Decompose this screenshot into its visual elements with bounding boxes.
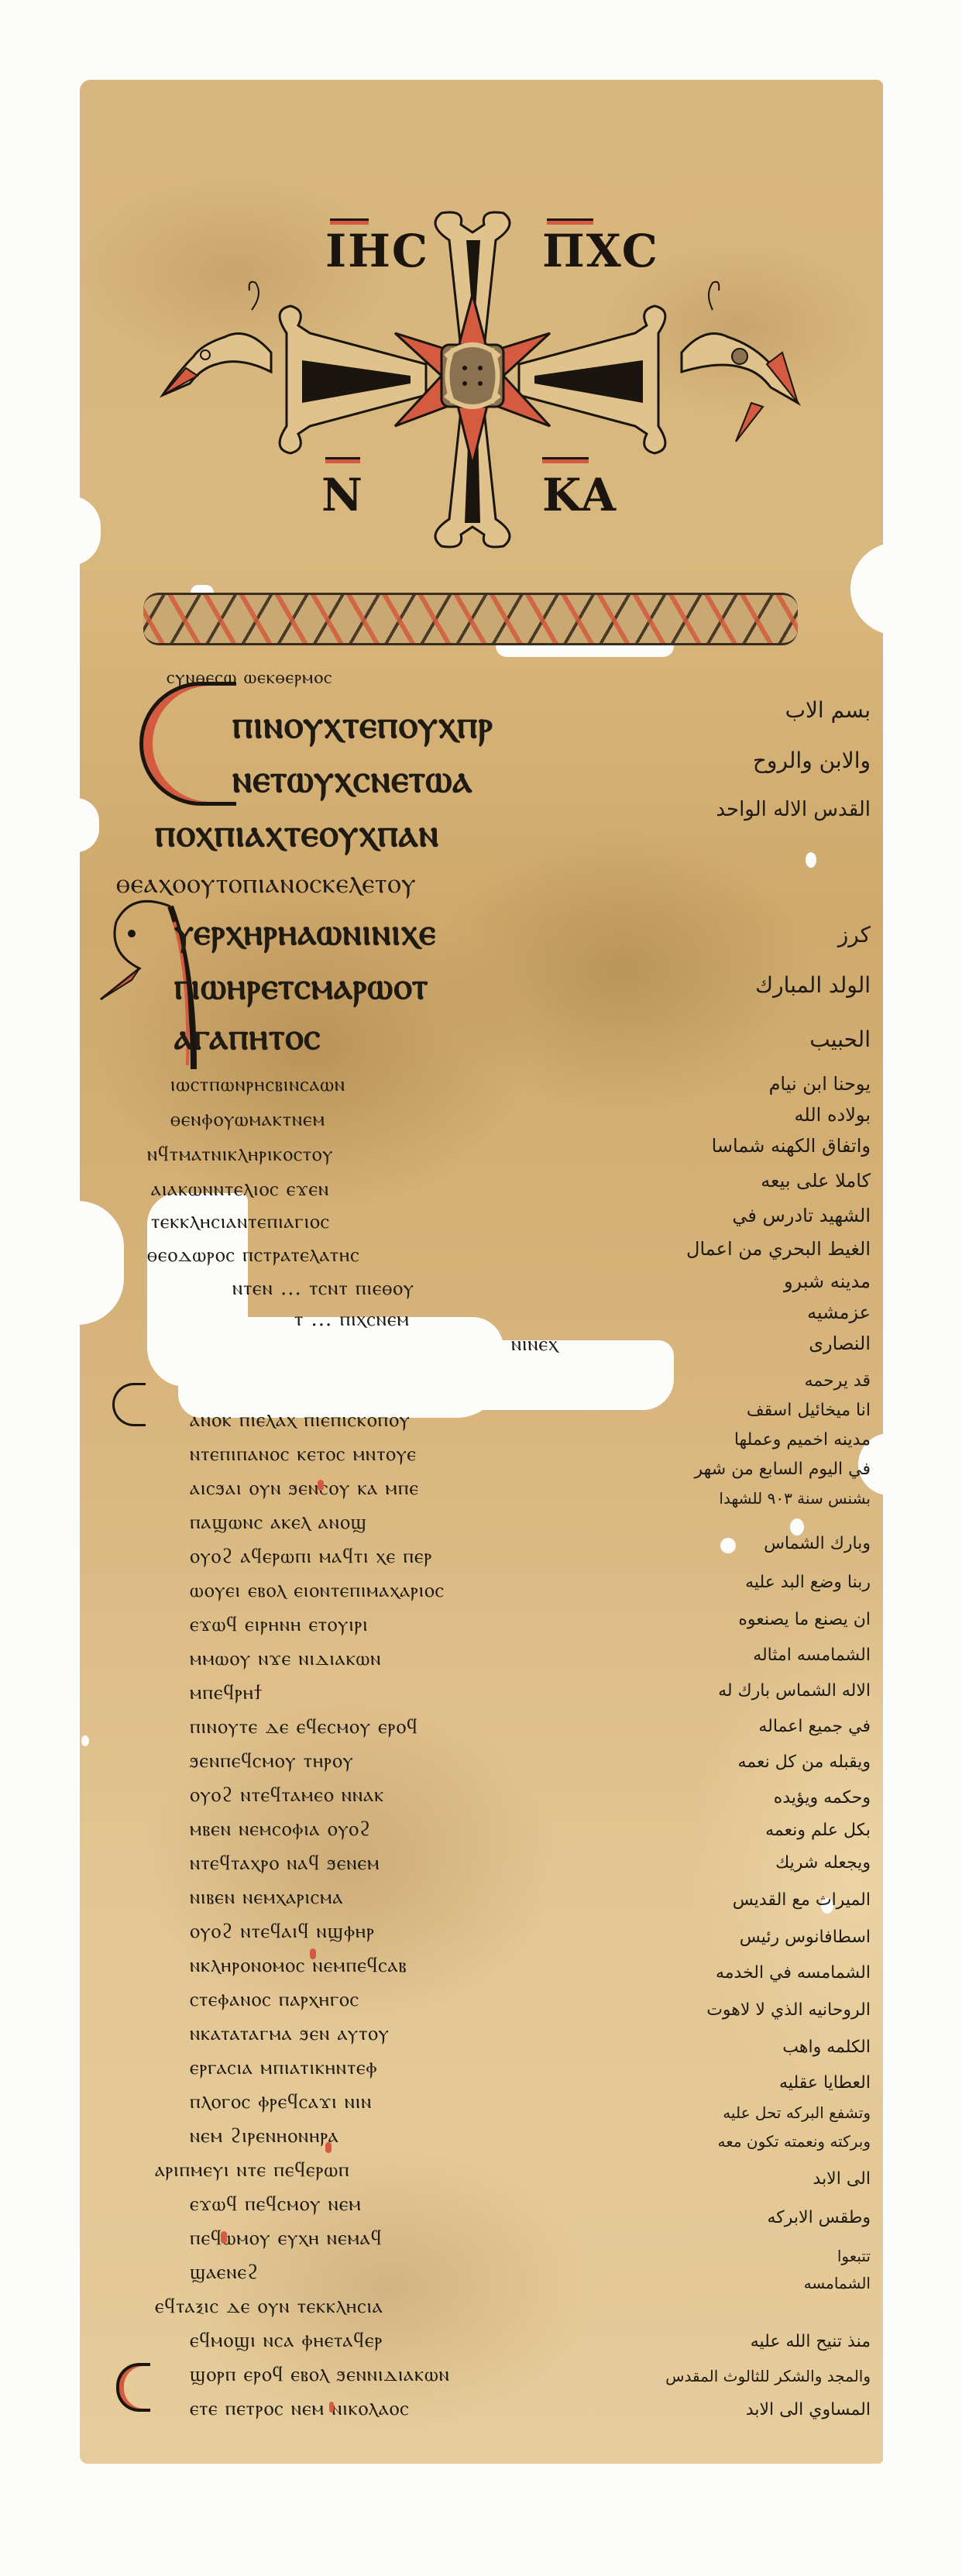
arabic-line: الشمامسه في الخدمه xyxy=(716,1963,871,1983)
arabic-line: وبارك الشماس xyxy=(764,1534,871,1553)
arabic-line: والمجد والشكر للثالوث المقدس xyxy=(665,2367,871,2385)
arabic-line: كرز xyxy=(838,922,871,948)
arabic-line: الروحانيه الذي لا لاهوت xyxy=(706,2000,871,2020)
arabic-line: ان يصنع ما يصنعوه xyxy=(738,1610,871,1629)
coptic-line: ⲉϫⲱϥ ⲡⲉϥⲥⲙⲟⲩ ⲛⲉⲙ xyxy=(190,2193,362,2217)
arabic-line: القدس الاله الواحد xyxy=(716,798,871,821)
nomina-pixc: ΠXC xyxy=(542,225,659,277)
rubric-mark xyxy=(318,1480,324,1491)
coptic-line: ⲉⲣⲅⲁⲥⲓⲁ ⲙⲡⲓⲁⲧⲓⲕⲏⲛⲧⲉⲫ xyxy=(190,2056,377,2080)
nomina-overline xyxy=(547,218,593,225)
arabic-line: المساوي الى الابد xyxy=(746,2400,871,2420)
coptic-line: ⲩⲉⲣⲭⲏⲣⲏⲁⲱⲛⲓⲛⲓⲭⲉ xyxy=(174,910,436,954)
nomina-overline xyxy=(330,218,369,225)
arabic-line: الغيط البحري من اعمال xyxy=(686,1238,871,1260)
arabic-line: العطايا عقليه xyxy=(779,2073,871,2093)
coptic-line: ⲡⲁϣⲱⲛⲥ ⲁⲕⲉⲗ ⲁⲛⲟϣ xyxy=(190,1511,367,1535)
coptic-line: ⲛⲧⲉⲡⲓⲡⲁⲛⲟⲥ ⲕⲉⲧⲟⲥ ⲙⲛⲧⲟⲩⲉ xyxy=(190,1443,417,1467)
coptic-line: ⲡⲓⲛⲟⲩⲧⲉ ⲇⲉ ⲉϥⲉⲥⲙⲟⲩ ⲉⲣⲟϥ xyxy=(190,1715,418,1739)
coptic-line: ⲧ ... ⲡⲓⲭⲥⲛⲉⲙ xyxy=(294,1308,410,1332)
coptic-line: ⲛⲉⲙ ϩⲓⲣⲉⲛⲏⲟⲛⲏⲣⲁ xyxy=(190,2124,339,2148)
coptic-line: ϣⲟⲣⲡ ⲉⲣⲟϥ ⲉⲃⲟⲗ ϧⲉⲛⲛⲓⲇⲓⲁⲕⲱⲛ xyxy=(190,2363,450,2387)
coptic-line: ⲡⲓⲛⲟⲩⲭⲧⲉⲡⲟⲩⲭⲡⲣ xyxy=(232,701,493,748)
arabic-line: في جميع اعماله xyxy=(758,1717,871,1736)
interlace-band xyxy=(143,593,798,645)
rubric-mark xyxy=(329,2402,334,2413)
coptic-line: ⲟⲩⲟϩ ⲛⲧⲉϥⲧⲁⲙⲉⲟ ⲛⲛⲁⲕ xyxy=(190,1783,384,1807)
rubric-mark xyxy=(310,1948,316,1959)
arabic-line: الولد المبارك xyxy=(755,972,871,998)
arabic-line: اسطافانوس رئيس xyxy=(740,1928,871,1947)
coptic-line: ⲁⲣⲓⲡⲙⲉⲩⲓ ⲛⲧⲉ ⲡⲉϥⲉⲣⲱⲡ xyxy=(155,2158,350,2182)
nomina-overline xyxy=(325,457,360,463)
coptic-line: ⲡⲟⲭⲡⲓⲁⲭⲧⲉⲟⲩⲭⲡⲁⲛ xyxy=(155,810,439,856)
arabic-line: انا ميخائيل اسقف xyxy=(747,1401,871,1420)
arabic-line: الميراث مع القديس xyxy=(733,1890,871,1910)
coptic-line: ⲟⲩⲟϩ ⲛⲧⲉϥⲁⲓϥ ⲛϣⲫⲏⲣ xyxy=(190,1920,375,1944)
coptic-line: ⲑⲉⲛⲫⲟⲩⲱⲙⲁⲕⲧⲛⲉⲙ xyxy=(170,1108,325,1132)
coptic-line: ⲉⲧⲉ ⲡⲉⲧⲣⲟⲥ ⲛⲉⲙ ⲛⲓⲕⲟⲗⲁⲟⲥ xyxy=(190,2397,410,2421)
coptic-line: ⲁⲛⲟⲕ ⲡⲓⲉⲗⲁⲭ ⲡⲓⲉⲡⲓⲥⲕⲟⲡⲟⲩ xyxy=(190,1408,411,1432)
small-hole-right-1 xyxy=(806,852,816,868)
coptic-line: ⲡⲗⲟⲅⲟⲥ ⲫⲣⲉϥⲥⲁϫⲓ ⲛⲓⲛ xyxy=(190,2090,372,2114)
arabic-line: وحكمه ويؤيده xyxy=(774,1788,871,1807)
coptic-line: ⲉϫⲱϥ ⲉⲓⲣⲏⲛⲏ ⲉⲧⲟⲩⲓⲣⲓ xyxy=(190,1613,368,1637)
coptic-line: ⲁⲅⲁⲡⲏⲧⲟⲥ xyxy=(174,1015,321,1059)
arabic-line: بشنس سنة ٩٠٣ للشهدا xyxy=(719,1489,871,1508)
coptic-line: ⲛⲓⲃⲉⲛ ⲛⲉⲙⲭⲁⲣⲓⲥⲙⲁ xyxy=(190,1886,343,1910)
coptic-line: ⲛϥⲧⲙⲁⲧⲛⲓⲕⲗⲏⲣⲓⲕⲟⲥⲧⲟⲩ xyxy=(147,1143,333,1167)
nomina-overline xyxy=(542,457,589,463)
arabic-line: النصارى xyxy=(809,1333,871,1354)
coptic-line: ⲛⲉⲧⲱⲩⲭⲥⲛⲉⲧⲱⲁ xyxy=(232,755,472,802)
arabic-line: وتشفع البركه تحل عليه xyxy=(723,2103,871,2122)
coptic-line: ⲅⲓⲱⲏⲣⲉⲧⲥⲙⲁⲣⲱⲟⲧ xyxy=(174,965,429,1009)
arabic-line: ربنا وضع البد عليه xyxy=(745,1573,871,1592)
coptic-line: ⲓⲱⲥⲧⲡⲱⲛⲣⲏⲥⲃⲓⲛⲥⲁⲱⲛ xyxy=(170,1073,345,1097)
arabic-line: والابن والروح xyxy=(753,748,871,773)
arabic-line: تتبعوا xyxy=(837,2247,871,2265)
arabic-line: مدينه شبرو xyxy=(784,1271,871,1292)
coptic-line: ⲉϥⲙⲟϣⲓ ⲛⲥⲁ ⲫⲏⲉⲧⲁϥⲉⲣ xyxy=(190,2329,383,2353)
arabic-line: ويجعله شريك xyxy=(775,1853,871,1873)
coptic-line: ϧⲉⲛⲡⲉϥⲥⲙⲟⲩ ⲧⲏⲣⲟⲩ xyxy=(190,1749,354,1773)
nomina-n: N xyxy=(321,469,364,521)
coptic-line: ⲛⲓⲛⲉⲭ xyxy=(511,1333,558,1357)
arabic-line: بسم الاب xyxy=(785,697,871,723)
arabic-line: بكل علم ونعمه xyxy=(765,1821,871,1840)
arabic-line: وطقس الابركه xyxy=(768,2208,871,2227)
arabic-line: الى الابد xyxy=(813,2169,871,2189)
coptic-line: ⲟⲩⲟϩ ⲁϥⲉⲣⲱⲡⲓ ⲙⲁϥⲧⲓ ⲭⲉ ⲡⲉⲣ xyxy=(190,1545,432,1569)
coptic-line: ⲁⲓⲁⲕⲱⲛⲛⲧⲉⲗⲓⲟⲥ ⲉϫⲉⲛ xyxy=(151,1178,329,1202)
decorated-cross-icon xyxy=(116,178,852,581)
coptic-line: ⲑⲉⲟⲇⲱⲣⲟⲥ ⲡⲥⲧⲣⲁⲧⲉⲗⲁⲧⲏⲥ xyxy=(147,1243,360,1267)
arabic-line: الحبيب xyxy=(809,1027,871,1052)
coptic-line: ⲛⲕⲗⲏⲣⲟⲛⲟⲙⲟⲥ ⲛⲉⲙⲡⲉϥⲥⲁⲃ xyxy=(190,1954,407,1978)
coptic-line: ⲁⲓⲥϧⲁⲓ ⲟⲩⲛ ϧⲉⲛⲥⲟⲩ ⲕⲁ ⲙⲡⲉ xyxy=(190,1477,419,1501)
arabic-line: ويقبله من كل نعمه xyxy=(738,1752,871,1772)
arabic-line: يوحنا ابن نيام xyxy=(769,1073,871,1095)
small-hole-right-3 xyxy=(790,1518,804,1536)
coptic-line: ⲙⲡⲉϥⲣⲏϯ xyxy=(190,1681,263,1705)
coptic-line: ⲡⲉϥⲱⲙⲟⲩ ⲉⲩⲭⲏ ⲛⲉⲙⲁϥ xyxy=(190,2227,382,2251)
arabic-line: منذ تنيح الله عليه xyxy=(751,2332,871,2351)
coptic-line: ϣⲁⲉⲛⲉϩ xyxy=(190,2261,259,2285)
arabic-line: في اليوم السابع من شهر xyxy=(695,1460,871,1479)
arabic-line: قد يرحمه xyxy=(805,1371,871,1391)
coptic-line: ⲛⲧⲉⲛ ... ⲧⲥⲛⲧ ⲡⲓⲉⲑⲟⲩ xyxy=(232,1277,414,1301)
coptic-line: ⲛⲧⲉϥⲧⲁⲭⲣⲟ ⲛⲁϥ ϧⲉⲛⲉⲙ xyxy=(190,1852,380,1876)
coptic-line: ⲙⲃⲉⲛ ⲛⲉⲙⲥⲟⲫⲓⲁ ⲟⲩⲟϩ xyxy=(190,1818,371,1842)
small-hole-left xyxy=(81,1735,89,1746)
arabic-line: الشمامسه xyxy=(804,2274,871,2292)
rubric-mark xyxy=(221,2231,227,2244)
arabic-line: بولاده الله xyxy=(795,1104,871,1126)
arabic-line: كاملا على بيعه xyxy=(761,1170,871,1192)
coptic-line: ⲛⲕⲁⲧⲁⲧⲁⲅⲙⲁ ϧⲉⲛ ⲁⲩⲧⲟⲩ xyxy=(190,2022,390,2046)
arabic-line: الاله الشماس بارك له xyxy=(718,1681,871,1701)
arabic-line: الشمامسه امثاله xyxy=(753,1646,871,1665)
coptic-line: ⲙⲙⲱⲟⲩ ⲛϫⲉ ⲛⲓⲇⲓⲁⲕⲱⲛ xyxy=(190,1647,381,1671)
nomina-ihc: IHC xyxy=(325,225,429,277)
arabic-line: الكلمه واهب xyxy=(782,2038,871,2057)
arabic-line: عزمشيه xyxy=(807,1302,871,1323)
coptic-line: ⲉϥⲧⲁⲝⲓⲥ ⲇⲉ ⲟⲩⲛ ⲧⲉⲕⲕⲗⲏⲥⲓⲁ xyxy=(155,2295,383,2319)
coptic-line: ⲧⲉⲕⲕⲗⲏⲥⲓⲁⲛⲧⲉⲡⲓⲁⲅⲓⲟⲥ xyxy=(151,1210,330,1234)
rubric-mark xyxy=(325,2142,332,2153)
coptic-line: ⲥⲧⲉⲫⲁⲛⲟⲥ ⲡⲁⲣⲭⲏⲅⲟⲥ xyxy=(190,1988,359,2012)
small-hole-right-2 xyxy=(720,1538,736,1553)
arabic-line: واتفاق الكهنه شماسا xyxy=(712,1135,871,1157)
arabic-line: مدينه اخميم وعملها xyxy=(734,1430,871,1450)
arabic-line: وبركته ونعمته تكون معه xyxy=(717,2132,871,2151)
coptic-line: ⲱⲟⲩⲉⲓ ⲉⲃⲟⲗ ⲉⲓⲟⲛⲧⲉⲡⲓⲙⲁⲭⲁⲣⲓⲟⲥ xyxy=(190,1579,445,1603)
arabic-line: الشهيد تادرس في xyxy=(732,1205,871,1226)
nomina-ka: KA xyxy=(542,469,617,521)
